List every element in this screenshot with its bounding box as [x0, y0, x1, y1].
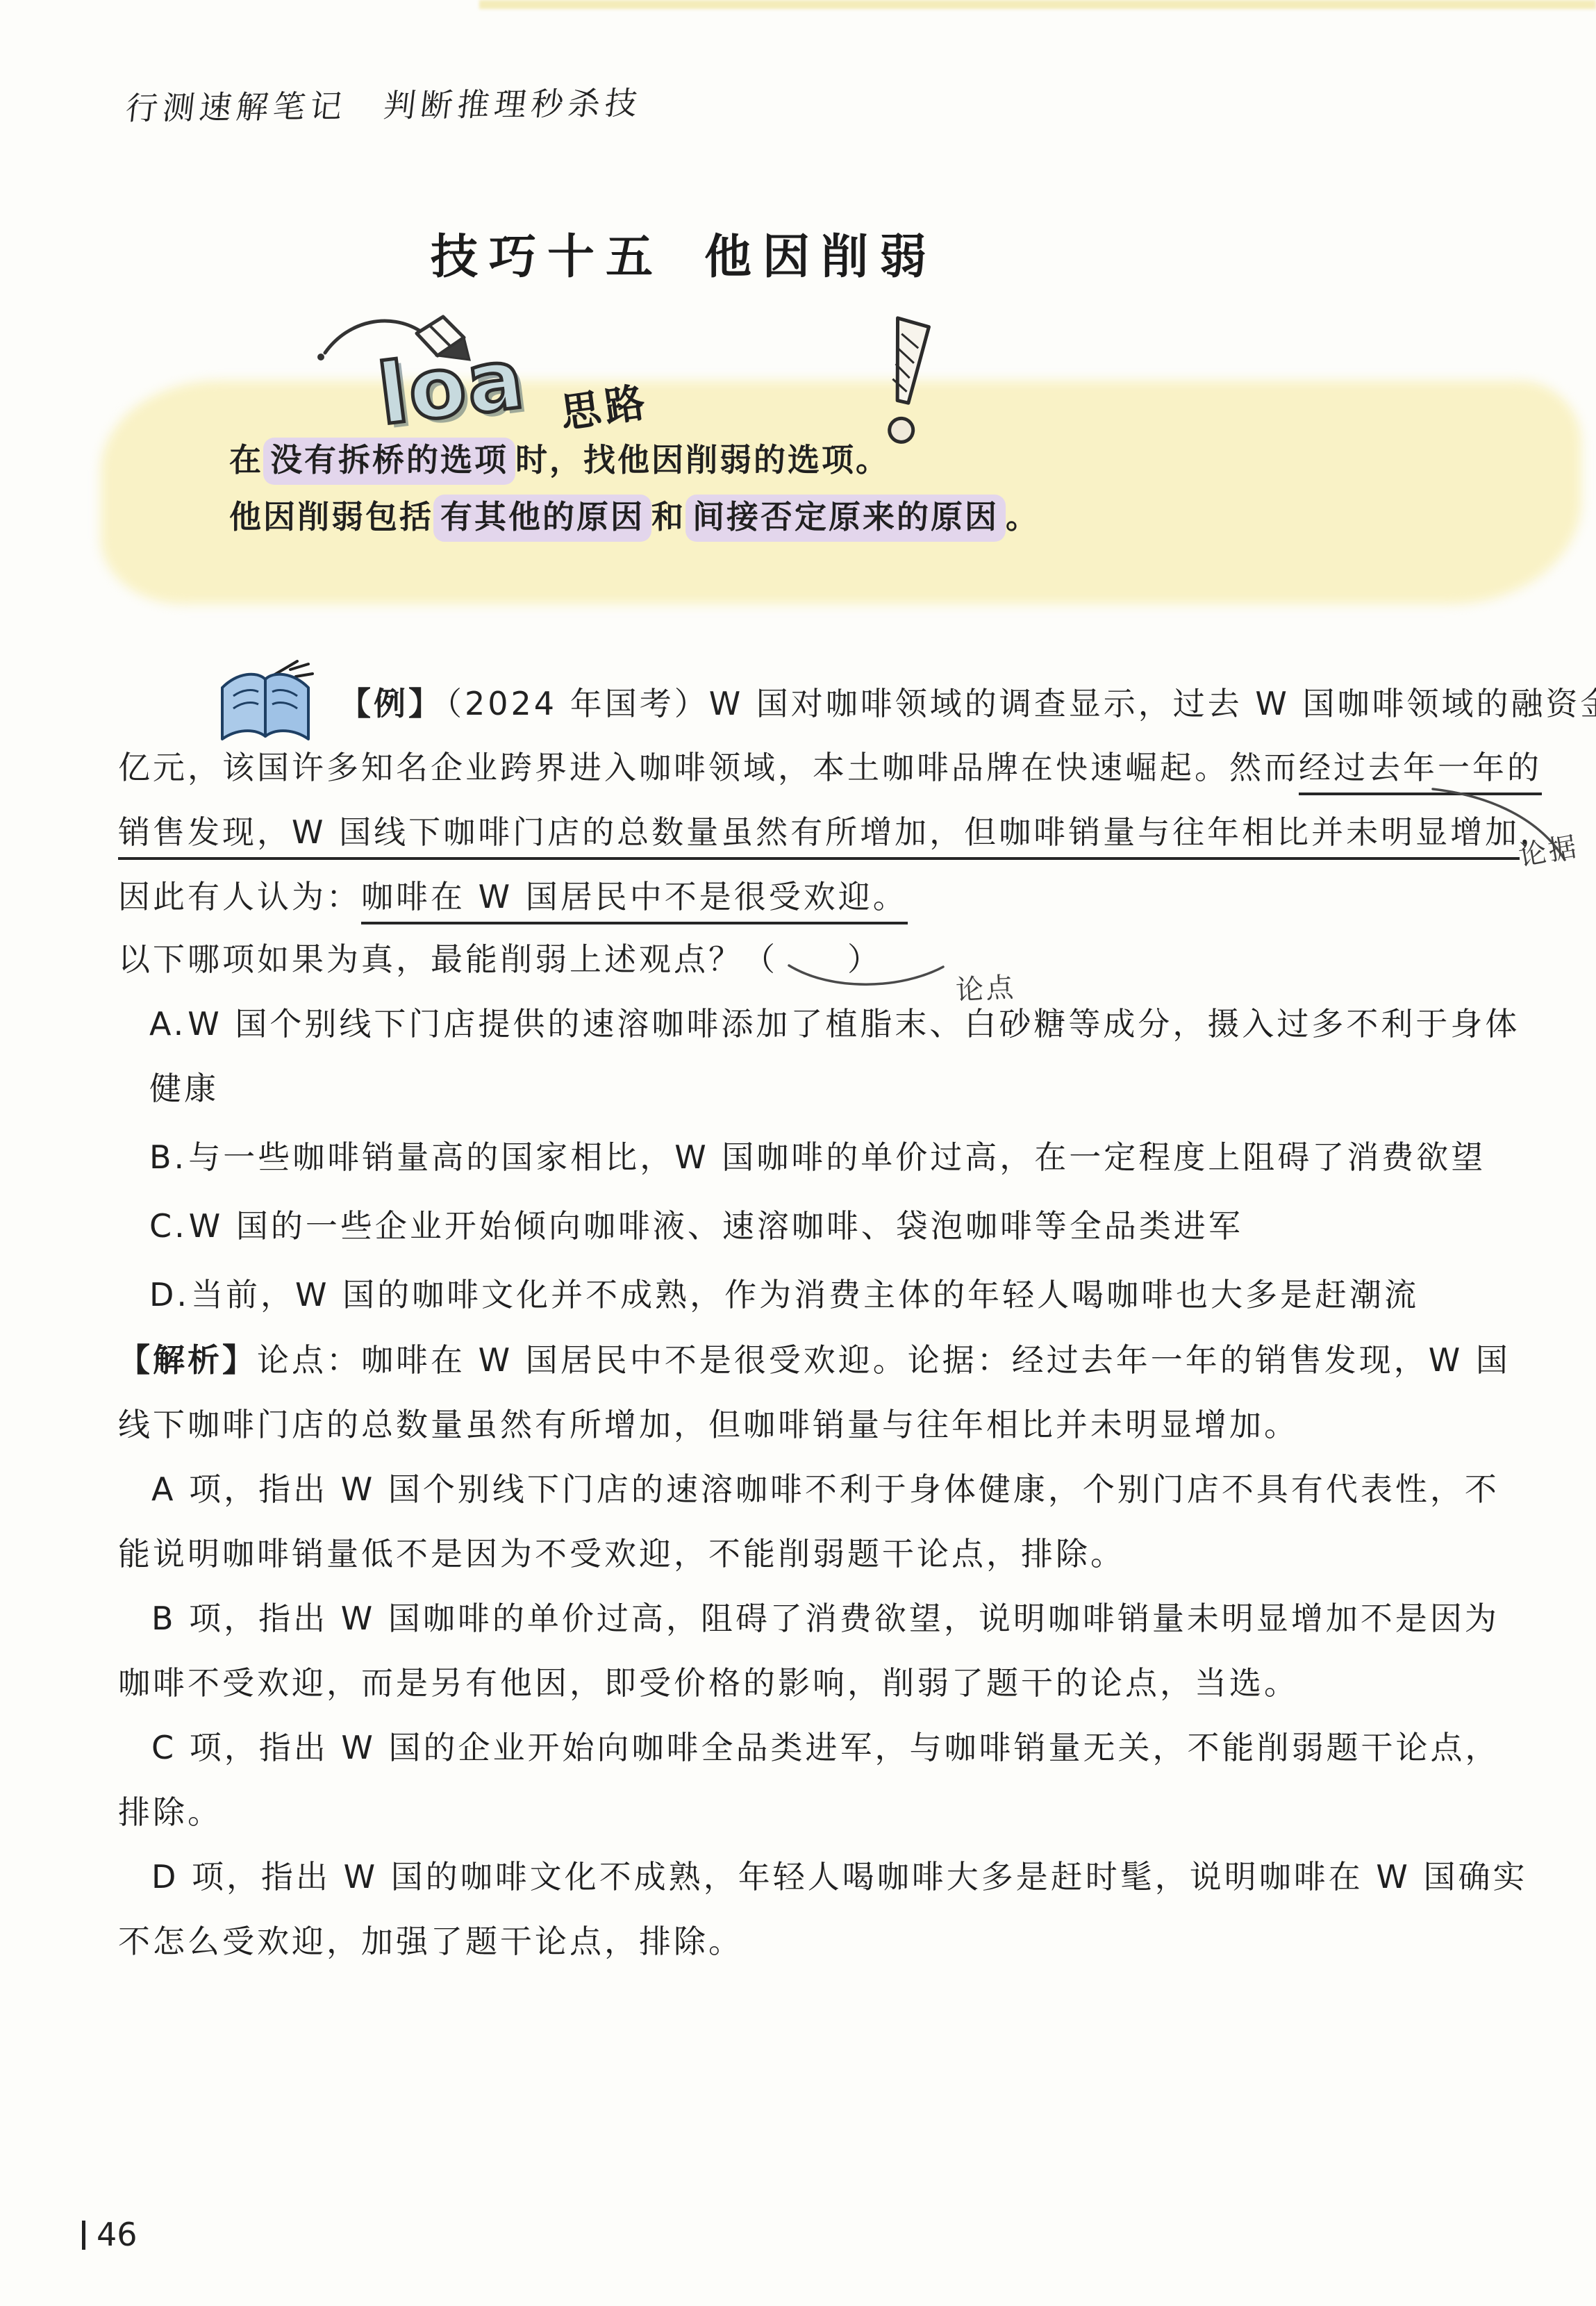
- silu-line-1-post: 时，找他因削弱的选项。: [515, 441, 890, 479]
- underline-evidence-body: 销售发现，W 国线下咖啡门店的总数量虽然有所增加，但咖啡销量与往年相比并未明显增…: [118, 813, 1520, 860]
- running-header: 行测速解笔记 判断推理秒杀技: [124, 78, 645, 129]
- analysis-label: 【解析】: [118, 1341, 257, 1379]
- option-d-label: D.: [149, 1276, 190, 1313]
- phrase-highlight-other-cause: 有其他的原因: [433, 495, 651, 542]
- option-c-text: W 国的一些企业开始倾向咖啡液、速溶咖啡、袋泡咖啡等全品类进军: [189, 1207, 1243, 1245]
- silu-line-2-pre: 他因削弱包括: [229, 498, 433, 536]
- option-d: D.当前，W 国的咖啡文化并不成熟，作为消费主体的年轻人喝咖啡也大多是赶潮流: [149, 1263, 1528, 1327]
- option-a-label: A.: [149, 1005, 186, 1043]
- phrase-highlight-indirect-negate: 间接否定原来的原因: [685, 495, 1006, 542]
- analysis-section: 【解析】论点：咖啡在 W 国居民中不是很受欢迎。论据：经过去年一年的销售发现，W…: [118, 1328, 1528, 1974]
- analysis-intro: 【解析】论点：咖啡在 W 国居民中不是很受欢迎。论据：经过去年一年的销售发现，W…: [118, 1328, 1528, 1457]
- analysis-paragraph-b: B 项，指出 W 国咖啡的单价过高，阻碍了消费欲望，说明咖啡销量未明显增加不是因…: [118, 1586, 1528, 1716]
- silu-label: 思路: [556, 370, 652, 440]
- example-stem-text-4: 因此有人认为：: [118, 878, 361, 915]
- analysis-paragraph-c: C 项，指出 W 国的企业开始向咖啡全品类进军，与咖啡销量无关，不能削弱题干论点…: [118, 1716, 1528, 1845]
- analysis-paragraph-d: D 项，指出 W 国的咖啡文化不成熟，年轻人喝咖啡大多是赶时髦，说明咖啡在 W …: [118, 1845, 1528, 1974]
- example-source: （2024 年国考）: [446, 685, 709, 722]
- underline-claim: 咖啡在 W 国居民中不是很受欢迎。: [361, 878, 908, 924]
- analysis-intro-text: 论点：咖啡在 W 国居民中不是很受欢迎。论据：经过去年一年的销售发现，W 国线下…: [118, 1341, 1511, 1443]
- question-line: 以下哪项如果为真，最能削弱上述观点？（ ）: [118, 940, 882, 978]
- option-d-text: 当前，W 国的咖啡文化并不成熟，作为消费主体的年轻人喝咖啡也大多是赶潮流: [191, 1276, 1419, 1313]
- option-a-text: W 国个别线下门店提供的速溶咖啡添加了植脂末、白砂糖等成分，摄入过多不利于身体健…: [149, 1005, 1520, 1107]
- page-number-divider: [82, 2221, 85, 2250]
- yellow-highlight-blob: [101, 381, 1581, 604]
- example-stem-line-1: 【例】（2024 年国考）W 国对咖啡领域的调查显示，过去 W 国咖啡领域的融资…: [339, 685, 1596, 722]
- book-icon: [207, 657, 324, 743]
- option-a: A.W 国个别线下门店提供的速溶咖啡添加了植脂末、白砂糖等成分，摄入过多不利于身…: [149, 992, 1528, 1121]
- options-list: A.W 国个别线下门店提供的速溶咖啡添加了植脂末、白砂糖等成分，摄入过多不利于身…: [149, 992, 1528, 1332]
- scan-edge-strip: [479, 0, 1596, 9]
- option-c: C.W 国的一些企业开始倾向咖啡液、速溶咖啡、袋泡咖啡等全品类进军: [149, 1194, 1528, 1259]
- page-number-value: 46: [97, 2216, 138, 2253]
- silu-line-2-mid: 和: [651, 498, 685, 536]
- loa-badge: loa: [374, 338, 529, 438]
- chapter-title: 技巧十五他因削弱: [431, 219, 938, 287]
- page: 行测速解笔记 判断推理秒杀技 技巧十五他因削弱 loa 思路 在没有拆桥的选项时…: [0, 0, 1596, 2306]
- option-b-text: 与一些咖啡销量高的国家相比，W 国咖啡的单价过高，在一定程度上阻碍了消费欲望: [188, 1138, 1486, 1176]
- example-stem-text-1: W 国对咖啡领域的调查显示，过去 W 国咖啡领域的融资金额高达 5: [709, 685, 1596, 722]
- page-number: 46: [82, 2216, 138, 2253]
- example-stem-line-4: 因此有人认为：咖啡在 W 国居民中不是很受欢迎。: [118, 878, 908, 915]
- silu-line-1: 在没有拆桥的选项时，找他因削弱的选项。: [229, 439, 890, 481]
- analysis-paragraph-a: A 项，指出 W 国个别线下门店的速溶咖啡不利于身体健康，个别门店不具有代表性，…: [118, 1457, 1528, 1586]
- example-stem-text-2: 亿元，该国许多知名企业跨界进入咖啡领域，本土咖啡品牌在快速崛起。然而: [118, 749, 1299, 786]
- silu-line-2: 他因削弱包括有其他的原因和间接否定原来的原因。: [229, 496, 1040, 538]
- chapter-title-text: 他因削弱: [704, 230, 938, 285]
- option-b-label: B.: [149, 1138, 187, 1176]
- annotation-claim: 论点: [955, 965, 1017, 1008]
- silu-line-2-post: 。: [1006, 498, 1040, 536]
- example-label: 【例】: [339, 685, 443, 722]
- example-stem-line-3: 销售发现，W 国线下咖啡门店的总数量虽然有所增加，但咖啡销量与往年相比并未明显增…: [118, 813, 1554, 851]
- option-c-label: C.: [149, 1207, 188, 1245]
- phrase-highlight-bridge: 没有拆桥的选项: [263, 438, 515, 485]
- option-b: B.与一些咖啡销量高的国家相比，W 国咖啡的单价过高，在一定程度上阻碍了消费欲望: [149, 1125, 1528, 1190]
- claim-connector-curve: [783, 959, 950, 1000]
- chapter-title-number: 技巧十五: [431, 230, 664, 285]
- example-stem-line-2: 亿元，该国许多知名企业跨界进入咖啡领域，本土咖啡品牌在快速崛起。然而经过去年一年…: [118, 749, 1542, 786]
- silu-line-1-pre: 在: [229, 441, 263, 479]
